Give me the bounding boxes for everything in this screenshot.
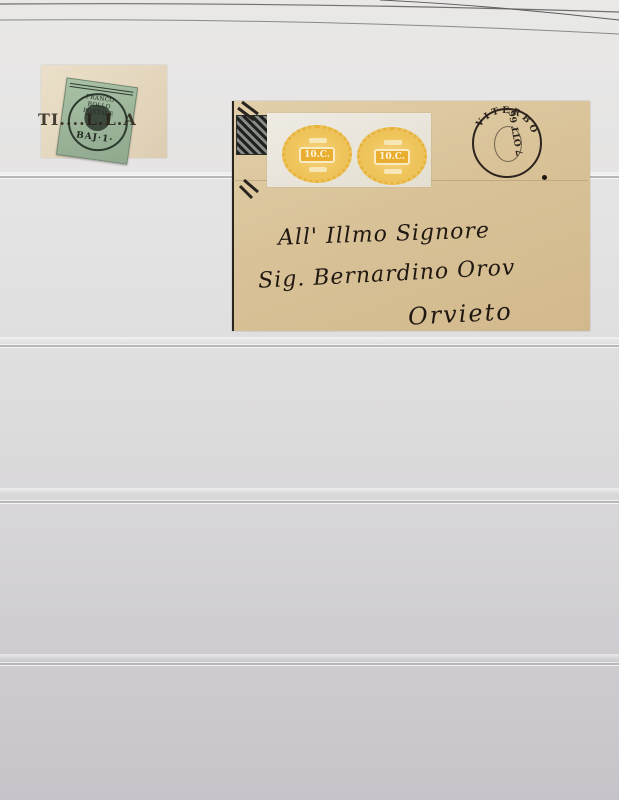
- address-line-3: Orvieto: [407, 297, 513, 330]
- stamp-ornament: [309, 167, 327, 172]
- strip-divider-3: [0, 501, 619, 503]
- strip-divider-2: [0, 345, 619, 347]
- stamp-ornament: [384, 140, 402, 145]
- strip-edge-2: [0, 337, 619, 343]
- ink-dot: [542, 175, 547, 180]
- yellow-10c-stamp-left: 10.C.: [282, 125, 352, 183]
- straight-line-cancel: TI....L.L.A: [38, 110, 168, 129]
- page-curl-lines: [0, 0, 619, 40]
- stamp-value: 10.C.: [374, 149, 410, 165]
- strip-edge-3: [0, 488, 619, 494]
- stamp-ornament: [309, 138, 327, 143]
- strip-edge-4: [0, 654, 619, 660]
- strip-divider-4: [0, 663, 619, 665]
- stamp-value: 10.C.: [299, 147, 335, 163]
- svg-text:VITERBO: VITERBO: [474, 106, 540, 137]
- stamp-ornament: [384, 169, 402, 174]
- album-page: FRANCO BOLLO POSTALE BAJ·1· TI....L.L.A …: [0, 0, 619, 800]
- postmark-town-text: VITERBO: [468, 104, 542, 178]
- yellow-10c-stamp-right: 10.C.: [357, 127, 427, 185]
